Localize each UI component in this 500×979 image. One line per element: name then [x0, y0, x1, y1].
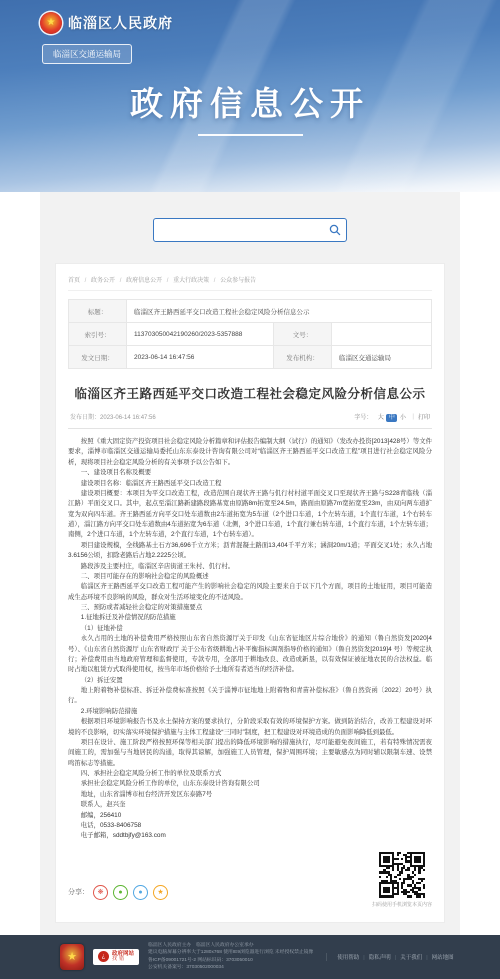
footer-link[interactable]: 关于我们 [400, 955, 422, 961]
page-title: 政府信息公开 [0, 78, 500, 125]
footer-line: 建议电脑屏幕分辨率大于1280x768 使用IE9浏览器进行浏览 未经授权禁止镜… [148, 949, 313, 956]
article-paragraph: 地上附着物补偿标准、拆迁补偿费标准按照《关于淄博市征地地上附着物和青苗补偿标准》… [68, 686, 432, 707]
article-paragraph: 建设项目概要：本项目为平交口改造工程，改造范围自现状齐王路与仉行村村道平面交叉口… [68, 489, 432, 541]
breadcrumb-item: 公众参与报告 [220, 278, 256, 284]
article-paragraph: 电子邮箱，sddtbjfy@163.com [68, 831, 432, 841]
article-paragraph: 根据项目环境影响报告书及水土保持方案的要求执行，分阶段采取有效的环境保护方案。做… [68, 717, 432, 738]
font-size-label: 字号： [354, 412, 372, 421]
article-body: 按照《重大固定资产投资项目社会稳定风险分析篇章和评估报告编制大纲（试行）的通知》… [68, 437, 432, 842]
meta-org-value: 临淄区交通运输局 [332, 346, 432, 369]
article-paragraph: 临淄区齐王路西延平交口改造工程可能产生的影响社会稳定的风险主要来自于以下几个方面… [68, 582, 432, 603]
meta-date-label: 发文日期： [69, 346, 127, 369]
meta-index-label: 索引号： [69, 323, 127, 346]
site-logo[interactable]: ★ 临淄区人民政府 [40, 12, 500, 34]
footer-link-separator: | [426, 955, 427, 961]
breadcrumb-separator: / [118, 278, 123, 284]
meta-docno-label: 文号： [274, 323, 332, 346]
font-size-option[interactable]: 小 [397, 414, 408, 422]
footer-link-separator: | [363, 955, 364, 961]
meta-index-value: 113703050042190260/2023-5357888 [127, 323, 274, 346]
footer-info: 临淄区人民政府主办 临淄区人民政府办公室承办建议电脑屏幕分辨率大于1280x76… [148, 942, 313, 971]
search-input[interactable] [154, 219, 324, 241]
article-paragraph: 项目建设规模，全线路基土石方36,696千立方米；沥青混凝土路面13,404千平… [68, 541, 432, 562]
article-paragraph: 电话，0533-8406758 [68, 821, 432, 831]
article-paragraph: （1）征地补偿 [68, 624, 432, 634]
font-size-tools: 字号： 大中小 | 打印 [354, 412, 430, 421]
qr-code [379, 852, 425, 898]
content-panel: 首页 / 政务公开 / 政府信息公开 / 重大行政决策 / 公众参与报告 标题：… [40, 192, 460, 935]
article-card: 首页 / 政务公开 / 政府信息公开 / 重大行政决策 / 公众参与报告 标题：… [55, 263, 445, 923]
article-paragraph: 地址，山东省淄博市桓台经济开发区东泰路7号 [68, 790, 432, 800]
card-bottom: 分享： ❋●●★ 扫码使用手机浏览本页内容 [68, 852, 432, 908]
meta-docno-value [332, 323, 432, 346]
font-size-option[interactable]: 中 [386, 414, 397, 422]
footer-line: 鲁ICP备09001721号-2 网站标识码：3703050010 [148, 957, 313, 964]
title-underline [198, 134, 303, 136]
site-header: ★ 临淄区人民政府 临淄区交通运输局 政府信息公开 [0, 0, 500, 192]
article-paragraph: 二、项目可能存在的影响社会稳定的风险概述 [68, 572, 432, 582]
breadcrumb-item[interactable]: 首页 [68, 278, 80, 284]
qr-caption: 扫码使用手机浏览本页内容 [372, 901, 432, 908]
publish-date: 发布日期：2023-06-14 16:47:56 [70, 412, 156, 421]
weibo-icon[interactable]: ❋ [93, 885, 108, 900]
favorite-icon[interactable]: ★ [153, 885, 168, 900]
table-row: 索引号： 113703050042190260/2023-5357888 文号： [69, 323, 432, 346]
print-button[interactable]: 打印 [418, 412, 430, 421]
page: ★ 临淄区人民政府 临淄区交通运输局 政府信息公开 首页 / 政务公开 / 政府… [0, 0, 500, 979]
footer-line: 公安机关备案号：37030502000034 [148, 964, 313, 971]
share-icons: ❋●●★ [93, 885, 168, 900]
site-error-report-badge[interactable]: ¿ 政府网站 找错 [93, 949, 139, 965]
qq-icon[interactable]: ● [133, 885, 148, 900]
wechat-icon[interactable]: ● [113, 885, 128, 900]
search-box [153, 218, 347, 242]
national-emblem-icon: ★ [40, 12, 62, 34]
article-paragraph: 一、建设项目名称及概要 [68, 468, 432, 478]
department-badge[interactable]: 临淄区交通运输局 [42, 44, 132, 64]
article-meta: 发布日期：2023-06-14 16:47:56 字号： 大中小 | 打印 [68, 412, 432, 429]
tools-separator: | [412, 414, 414, 420]
article-paragraph: 项目在设计、施工阶段严格按照环保等相关部门提出的降低环境影响的措施执行，尽可能避… [68, 738, 432, 769]
article-paragraph: 三、预防或者减轻社会稳定的对策措施要点 [68, 603, 432, 613]
meta-title-value: 临淄区齐王路西延平交口改造工程社会稳定风险分析信息公示 [127, 300, 432, 323]
article-paragraph: 联系人，赵兴奎 [68, 800, 432, 810]
font-size-option[interactable]: 大 [375, 414, 386, 422]
breadcrumb-item[interactable]: 政府信息公开 [126, 278, 162, 284]
footer-link[interactable]: 隐私声明 [369, 955, 391, 961]
search-button[interactable] [324, 219, 346, 241]
meta-title-label: 标题： [69, 300, 127, 323]
site-footer: ★ ¿ 政府网站 找错 临淄区人民政府主办 临淄区人民政府办公室承办建议电脑屏幕… [0, 935, 500, 979]
footer-links: 使用帮助|隐私声明|关于我们|网站地图 [326, 953, 453, 961]
gov-emblem-icon: ★ [60, 944, 84, 970]
breadcrumb: 首页 / 政务公开 / 政府信息公开 / 重大行政决策 / 公众参与报告 [68, 272, 432, 291]
article-paragraph: 邮编，256410 [68, 811, 432, 821]
footer-link-separator: | [395, 955, 396, 961]
article-paragraph: 承担社会稳定风险分析工作的单位，山东东泰设计咨询有限公司 [68, 779, 432, 789]
article-paragraph: 2.环境影响防范措施 [68, 707, 432, 717]
share-label: 分享： [68, 887, 89, 897]
article-paragraph: 永久占用的土地的补偿费用严格按照山东省自然资源厅关于印发《山东省征地区片综合地价… [68, 634, 432, 676]
breadcrumb-separator: / [83, 278, 88, 284]
share-row: 分享： ❋●●★ [68, 885, 168, 900]
site-name: 临淄区人民政府 [68, 13, 173, 33]
article-paragraph: 四、承担社会稳定风险分析工作的单位及联系方式 [68, 769, 432, 779]
footer-line: 临淄区人民政府主办 临淄区人民政府办公室承办 [148, 942, 313, 949]
breadcrumb-separator: / [212, 278, 217, 284]
article-paragraph: 1.征地拆迁及补偿情况的防范措施 [68, 613, 432, 623]
meta-date-value: 2023-06-14 16:47:56 [127, 346, 274, 369]
breadcrumb-item[interactable]: 重大行政决策 [173, 278, 209, 284]
table-row: 标题： 临淄区齐王路西延平交口改造工程社会稳定风险分析信息公示 [69, 300, 432, 323]
article-paragraph: 按照《重大固定资产投资项目社会稳定风险分析篇章和评估报告编制大纲（试行）的通知》… [68, 437, 432, 468]
qr-block: 扫码使用手机浏览本页内容 [372, 852, 432, 908]
breadcrumb-separator: / [165, 278, 170, 284]
page-title-wrap: 政府信息公开 [0, 78, 500, 136]
breadcrumb-item[interactable]: 政务公开 [91, 278, 115, 284]
header-top: ★ 临淄区人民政府 临淄区交通运输局 [0, 0, 500, 64]
footer-link[interactable]: 使用帮助 [337, 955, 359, 961]
article-title: 临淄区齐王路西延平交口改造工程社会稳定风险分析信息公示 [72, 384, 428, 402]
font-size-options: 大中小 [375, 412, 408, 421]
article-paragraph: （2）拆迁安置 [68, 676, 432, 686]
footer-link[interactable]: 网站地图 [432, 955, 454, 961]
article-paragraph: 路段涉及主要村庄，临淄区辛店街道王朱村、仉行村。 [68, 562, 432, 572]
article-paragraph: 建设项目名称：临淄区齐王路西延平交口改造工程 [68, 479, 432, 489]
error-magnifier-icon: ¿ [98, 951, 109, 962]
search-icon [329, 224, 341, 236]
meta-table: 标题： 临淄区齐王路西延平交口改造工程社会稳定风险分析信息公示 索引号： 113… [68, 299, 432, 369]
error-badge-text: 政府网站 找错 [112, 951, 134, 963]
meta-org-label: 发布机构： [274, 346, 332, 369]
table-row: 发文日期： 2023-06-14 16:47:56 发布机构： 临淄区交通运输局 [69, 346, 432, 369]
